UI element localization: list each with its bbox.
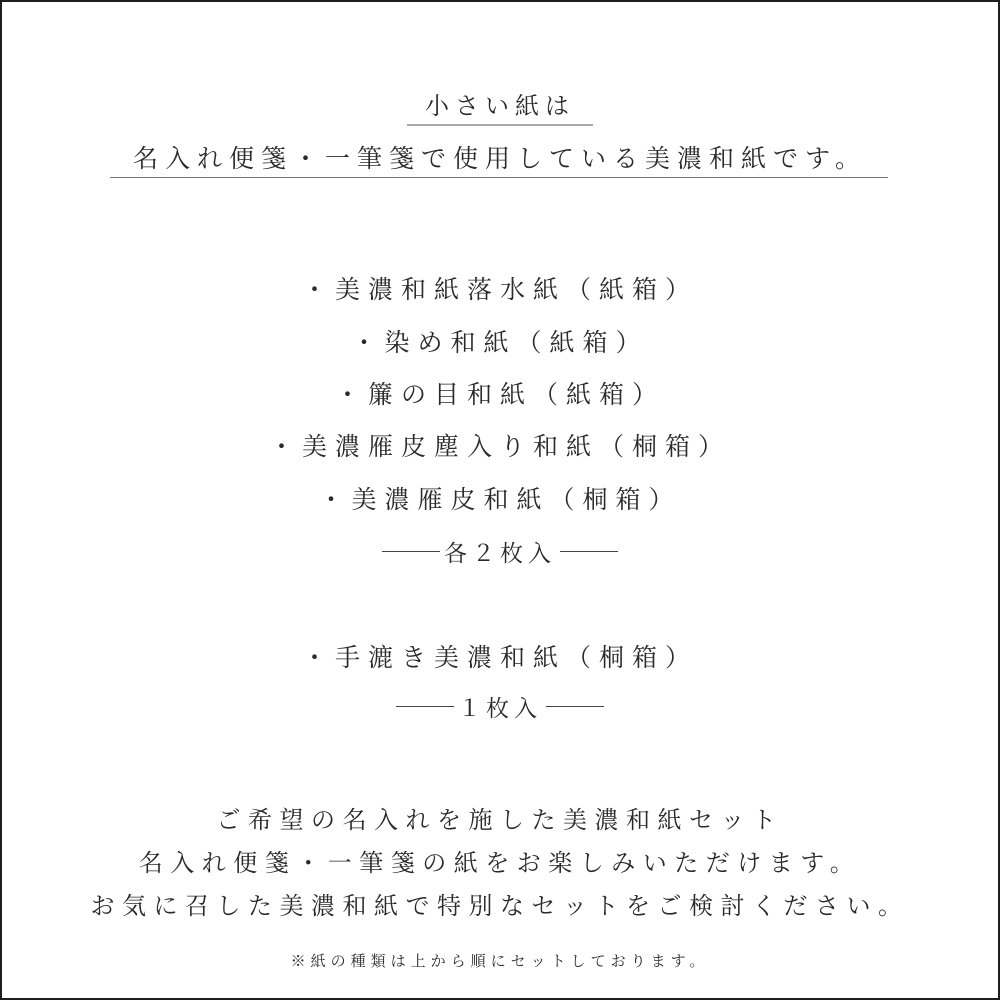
paper-item: ・美濃和紙落水紙（紙箱） [0, 270, 1000, 306]
dash-right [560, 551, 618, 552]
dash-left [382, 551, 440, 552]
dash-right [546, 706, 604, 707]
quantity-label-group2: １枚入 [0, 690, 1000, 723]
subtitle-underline [110, 177, 888, 178]
paper-item: ・手漉き美濃和紙（桐箱） [0, 638, 1000, 674]
dash-left [396, 706, 454, 707]
quantity-text: １枚入 [458, 690, 542, 723]
paper-item: ・美濃雁皮和紙（桐箱） [0, 480, 1000, 516]
message-line: ご希望の名入れを施した美濃和紙セット [0, 800, 1000, 835]
page-title: 小さい紙は [0, 86, 1000, 121]
title-underline [407, 124, 593, 126]
page-subtitle: 名入れ便箋・一筆箋で使用している美濃和紙です。 [0, 139, 1000, 175]
message-line: 名入れ便箋・一筆箋の紙をお楽しみいただけます。 [0, 843, 1000, 878]
paper-item: ・美濃雁皮塵入り和紙（桐箱） [0, 427, 1000, 463]
quantity-label-group1: 各２枚入 [0, 535, 1000, 568]
footnote: ※紙の種類は上から順にセットしております。 [0, 950, 1000, 971]
quantity-text: 各２枚入 [444, 535, 556, 568]
paper-item: ・簾の目和紙（紙箱） [0, 375, 1000, 411]
message-line: お気に召した美濃和紙で特別なセットをご検討ください。 [0, 886, 1000, 921]
paper-item: ・染め和紙（紙箱） [0, 323, 1000, 359]
